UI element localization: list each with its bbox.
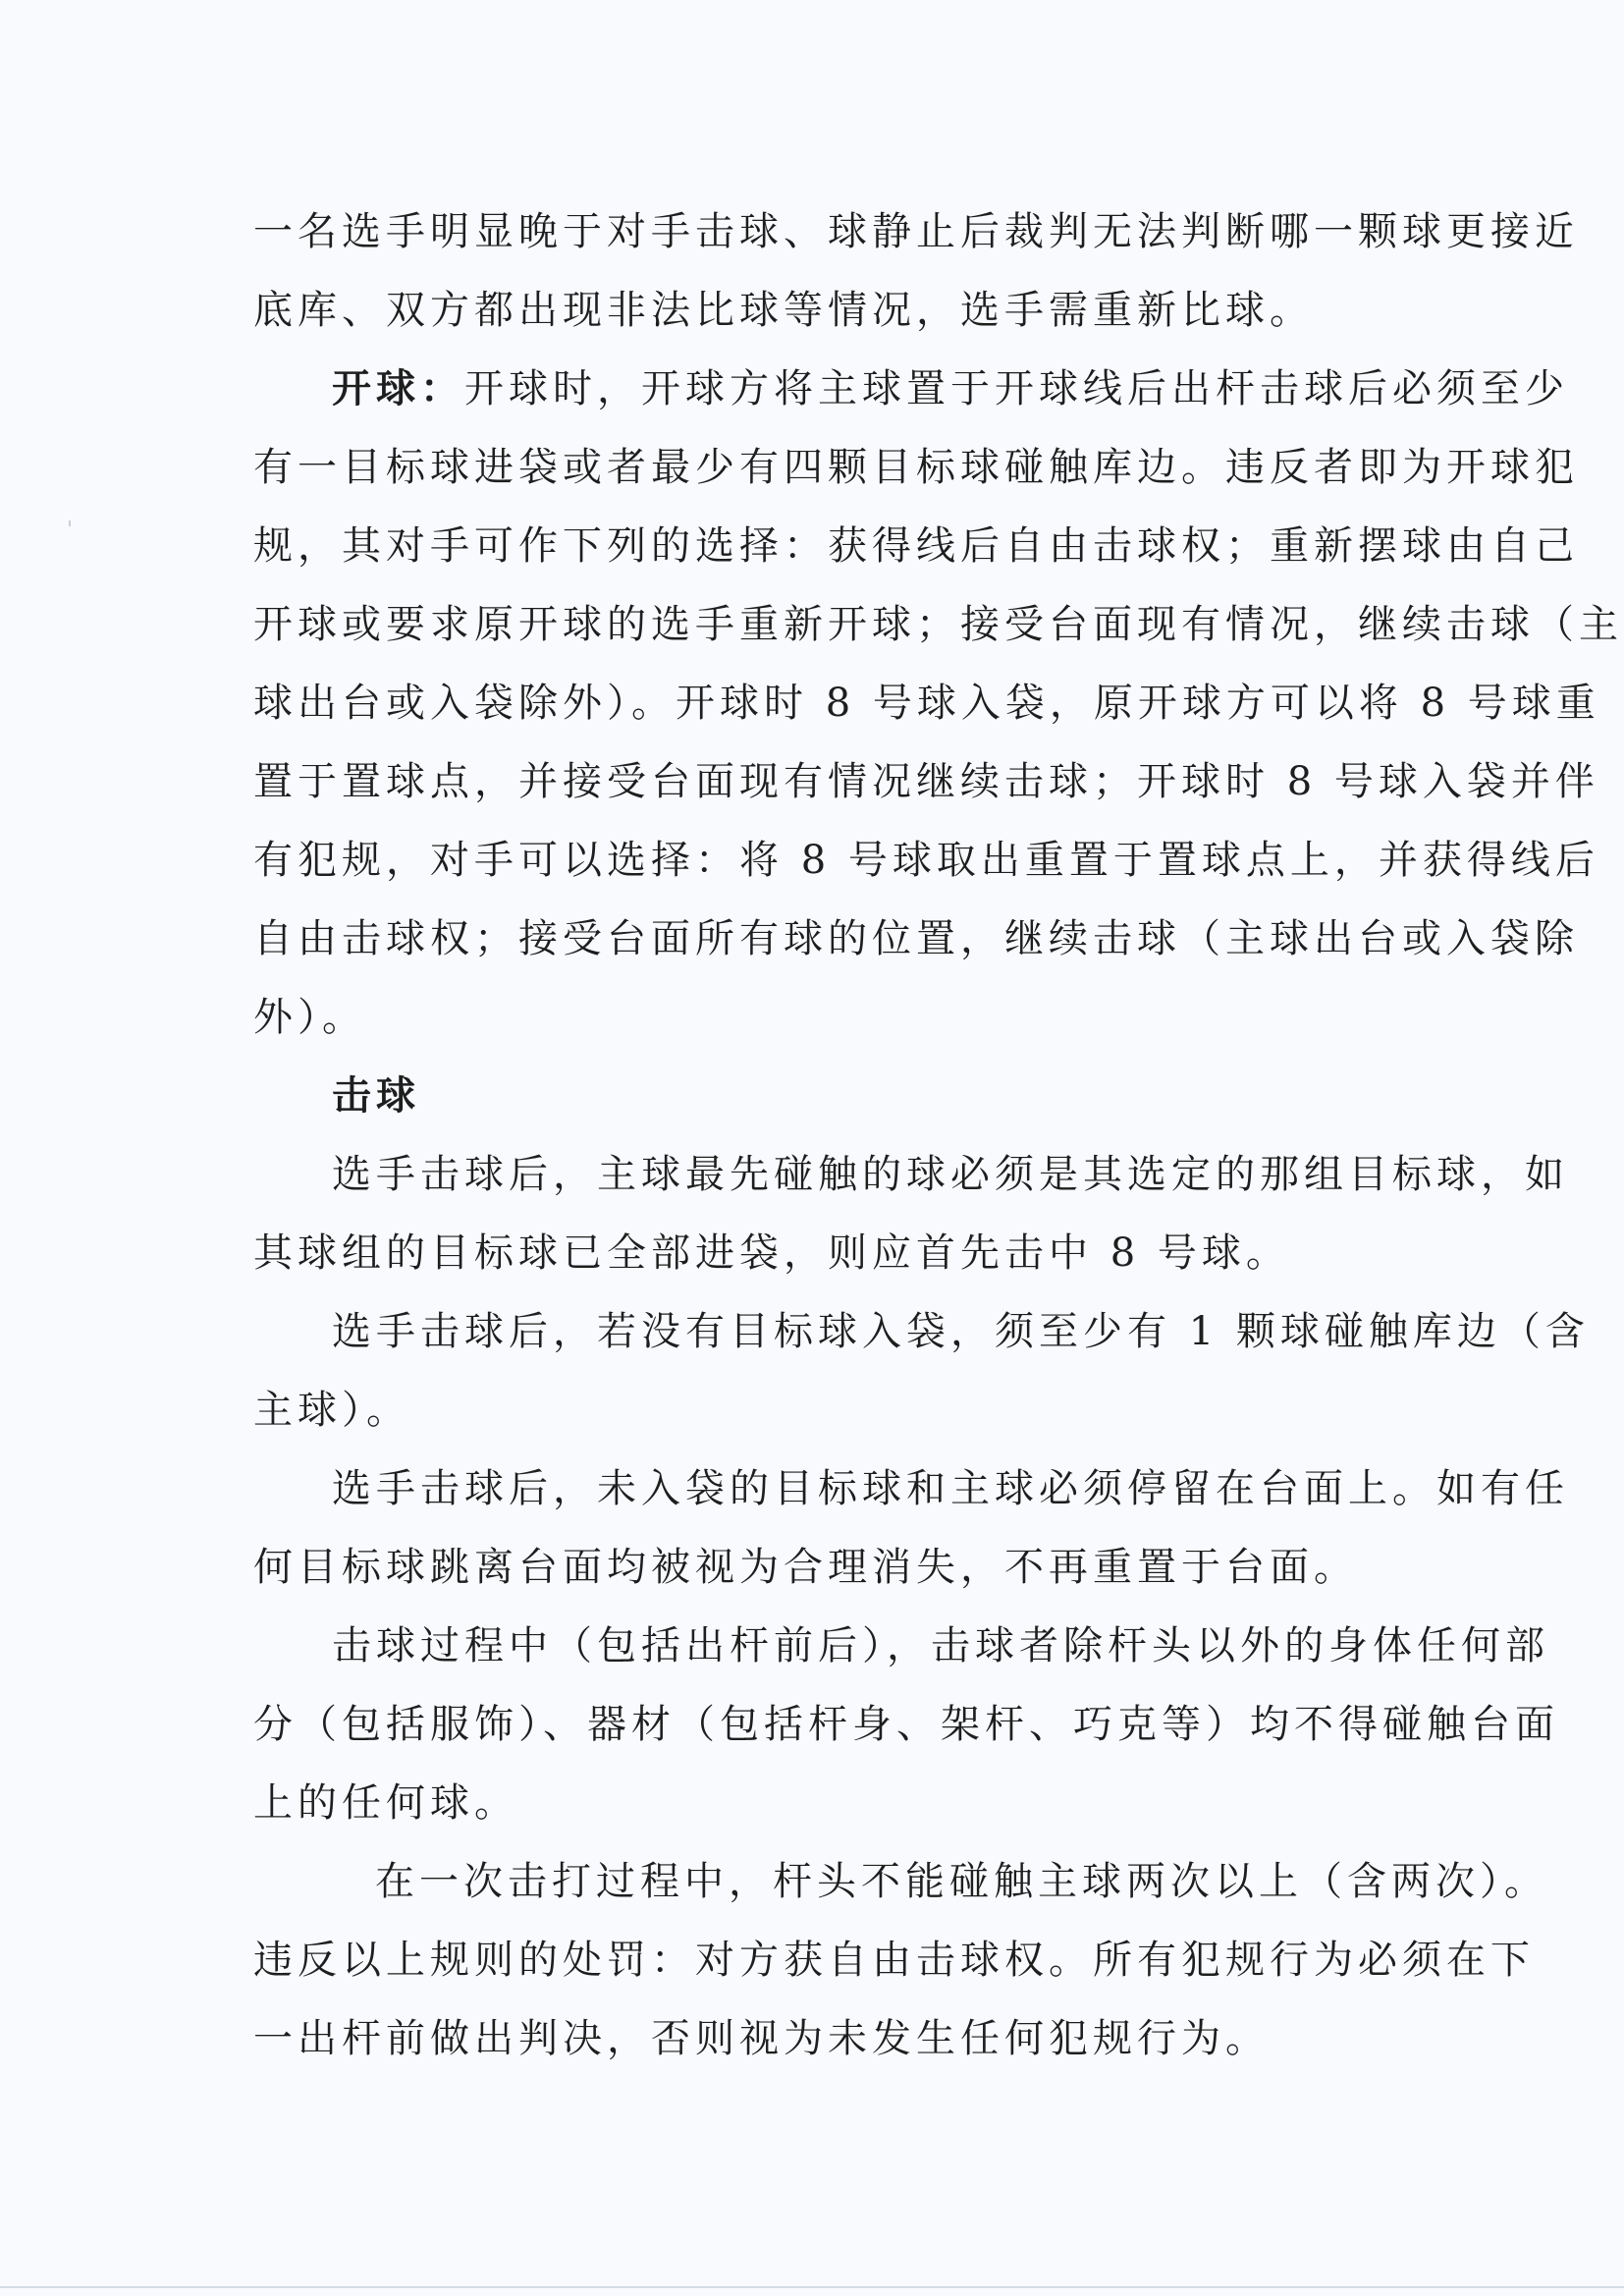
section-heading: 击球 [253,1057,1404,1135]
text-line: 分（包括服饰）、器材（包括杆身、架杆、巧克等）均不得碰触台面 [253,1685,1404,1764]
text-segment: 开球时，开球方将主球置于开球线后出杆击球后必须至少 [464,366,1569,411]
paragraph-balls-on-table: 选手击球后，未入袋的目标球和主球必须停留在台面上。如有任 何目标球跳离台面均被视… [253,1449,1404,1607]
text-line: 球出台或入袋除外）。开球时 8 号球入袋，原开球方可以将 8 号球重 [253,664,1404,742]
text-line: 一出杆前做出判决，否则视为未发生任何犯规行为。 [253,1999,1404,2078]
paragraph-double-hit: 在一次击打过程中，杆头不能碰触主球两次以上（含两次）。 违反以上规则的处罚：对方… [253,1842,1404,2078]
paragraph-first-contact: 选手击球后，主球最先碰触的球必须是其选定的那组目标球，如 其球组的目标球已全部进… [253,1135,1404,1292]
text-line: 选手击球后，主球最先碰触的球必须是其选定的那组目标球，如 [253,1135,1404,1214]
document-page: 一名选手明显晚于对手击球、球静止后裁判无法判断哪一颗球更接近 底库、双方都出现非… [0,0,1624,2296]
text-line: 置于置球点，并接受台面现有情况继续击球；开球时 8 号球入袋并伴 [253,742,1404,821]
paragraph-body-contact: 击球过程中（包括出杆前后），击球者除杆头以外的身体任何部 分（包括服饰）、器材（… [253,1607,1404,1842]
text-line: 有一目标球进袋或者最少有四颗目标球碰触库边。违反者即为开球犯 [253,428,1404,507]
text-line: 开球：开球时，开球方将主球置于开球线后出杆击球后必须至少 [253,350,1404,428]
document-body: 一名选手明显晚于对手击球、球静止后裁判无法判断哪一颗球更接近 底库、双方都出现非… [253,192,1404,2078]
text-line: 选手击球后，未入袋的目标球和主球必须停留在台面上。如有任 [253,1449,1404,1528]
text-line: 自由击球权；接受台面所有球的位置，继续击球（主球出台或入袋除 [253,900,1404,978]
text-line: 主球）。 [253,1371,1404,1449]
text-line: 何目标球跳离台面均被视为合理消失，不再重置于台面。 [253,1528,1404,1607]
text-line: 上的任何球。 [253,1764,1404,1842]
text-line: 底库、双方都出现非法比球等情况，选手需重新比球。 [253,271,1404,350]
section-label-break-shot: 开球： [332,365,464,411]
text-line: 违反以上规则的处罚：对方获自由击球权。所有犯规行为必须在下 [253,1921,1404,1999]
paragraph-rail-contact: 选手击球后，若没有目标球入袋，须至少有 1 颗球碰触库边（含 主球）。 [253,1292,1404,1449]
section-heading-shot: 击球 [253,1057,1404,1135]
text-line: 其球组的目标球已全部进袋，则应首先击中 8 号球。 [253,1214,1404,1292]
text-line: 外）。 [253,978,1404,1057]
text-line: 在一次击打过程中，杆头不能碰触主球两次以上（含两次）。 [253,1842,1404,1921]
text-line: 一名选手明显晚于对手击球、球静止后裁判无法判断哪一颗球更接近 [253,192,1404,271]
text-line: 选手击球后，若没有目标球入袋，须至少有 1 颗球碰触库边（含 [253,1292,1404,1371]
text-line: 有犯规，对手可以选择：将 8 号球取出重置于置球点上，并获得线后 [253,821,1404,900]
text-line: 击球过程中（包括出杆前后），击球者除杆头以外的身体任何部 [253,1607,1404,1685]
page-bottom-edge [0,2286,1624,2288]
text-line: 开球或要求原开球的选手重新开球；接受台面现有情况，继续击球（主 [253,585,1404,664]
paragraph-break-shot: 开球：开球时，开球方将主球置于开球线后出杆击球后必须至少 有一目标球进袋或者最少… [253,350,1404,1057]
text-line: 规，其对手可作下列的选择：获得线后自由击球权；重新摆球由自己 [253,507,1404,585]
paragraph-continuation: 一名选手明显晚于对手击球、球静止后裁判无法判断哪一颗球更接近 底库、双方都出现非… [253,192,1404,350]
scan-speck [69,520,71,526]
